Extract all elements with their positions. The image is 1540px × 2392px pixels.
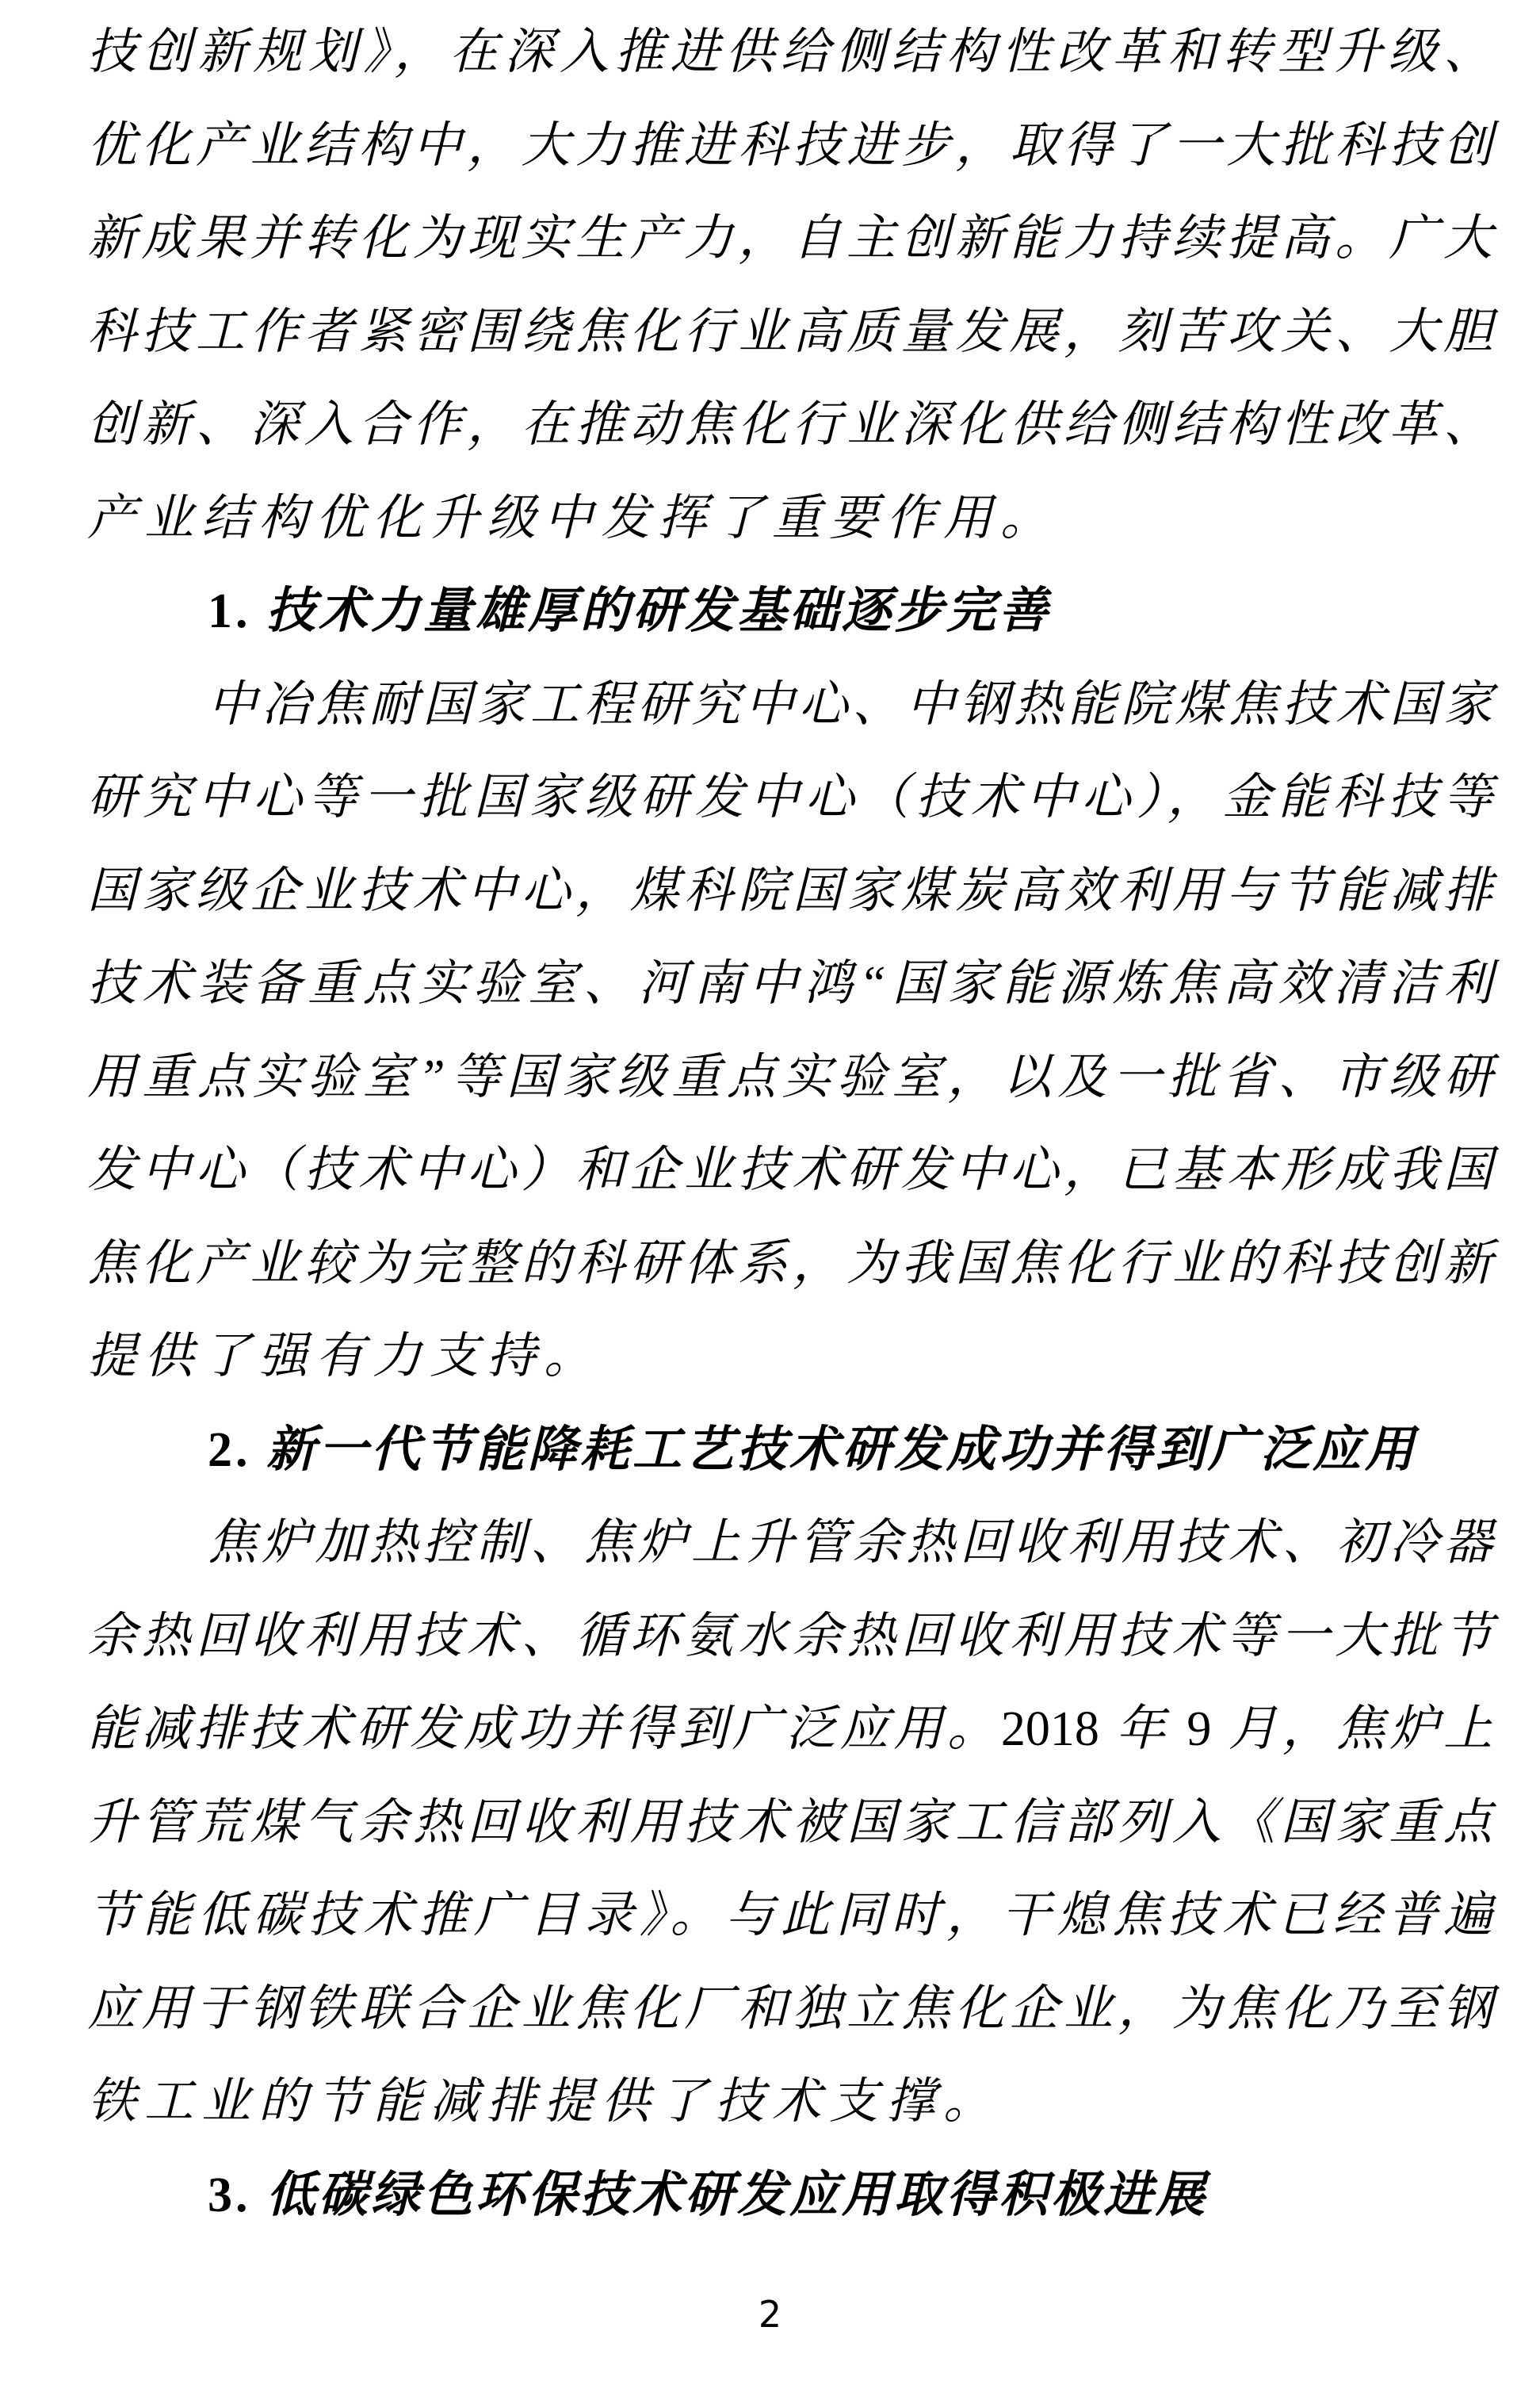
body-line: 中冶焦耐国家工程研究中心、中钢热能院煤焦技术国家 [87, 659, 1492, 752]
body-line: 产业结构优化升级中发挥了重要作用。 [87, 473, 1492, 566]
body-line: 余热回收利用技术、循环氨水余热回收利用技术等一大批节 [87, 1590, 1492, 1684]
body-line: 新成果并转化为现实生产力，自主创新能力持续提高。广大 [87, 193, 1492, 286]
body-line: 优化产业结构中，大力推进科技进步，取得了一大批科技创 [87, 100, 1492, 193]
body-line: 焦化产业较为完整的科研体系，为我国焦化行业的科技创新 [87, 1218, 1492, 1311]
latin-text-run: 2. [208, 1423, 266, 1477]
body-line: 创新、深入合作，在推动焦化行业深化供给侧结构性改革、 [87, 379, 1492, 473]
latin-text-run: 3. [208, 2168, 266, 2222]
body-line: 用重点实验室”等国家级重点实验室，以及一批省、市级研 [87, 1031, 1492, 1125]
section-heading: 2. 新一代节能降耗工艺技术研发成功并得到广泛应用 [87, 1404, 1492, 1498]
body-line: 研究中心等一批国家级研发中心（技术中心），金能科技等 [87, 752, 1492, 845]
section-heading: 3. 低碳绿色环保技术研发应用取得积极进展 [87, 2149, 1492, 2243]
page-number: 2 [0, 2294, 1540, 2334]
body-line: 能减排技术研发成功并得到广泛应用。2018 年 9 月，焦炉上 [87, 1683, 1492, 1777]
body-line: 科技工作者紧密围绕焦化行业高质量发展，刻苦攻关、大胆 [87, 286, 1492, 380]
body-line: 节能低碳技术推广目录》。与此同时，干熄焦技术已经普遍 [87, 1870, 1492, 1963]
section-heading: 1. 技术力量雄厚的研发基础逐步完善 [87, 565, 1492, 659]
body-line: 国家级企业技术中心，煤科院国家煤炭高效利用与节能减排 [87, 845, 1492, 939]
body-line: 技创新规划》，在深入推进供给侧结构性改革和转型升级、 [87, 6, 1492, 100]
body-line: 发中心（技术中心）和企业技术研发中心，已基本形成我国 [87, 1124, 1492, 1218]
body-line: 应用于钢铁联合企业焦化厂和独立焦化企业，为焦化乃至钢 [87, 1963, 1492, 2057]
body-line: 技术装备重点实验室、河南中鸿“国家能源炼焦高效清洁利 [87, 938, 1492, 1031]
body-line: 铁工业的节能减排提供了技术支撑。 [87, 2056, 1492, 2149]
body-line: 焦炉加热控制、焦炉上升管余热回收利用技术、初冷器 [87, 1497, 1492, 1590]
latin-text-run: 1. [208, 584, 266, 638]
text-block: 技创新规划》，在深入推进供给侧结构性改革和转型升级、优化产业结构中，大力推进科技… [87, 6, 1492, 2242]
latin-text-run: 2018 [1001, 1702, 1116, 1756]
document-page: 技创新规划》，在深入推进供给侧结构性改革和转型升级、优化产业结构中，大力推进科技… [0, 0, 1540, 2392]
body-line: 提供了强有力支持。 [87, 1311, 1492, 1404]
latin-text-run: 9 [1187, 1702, 1228, 1756]
body-line: 升管荒煤气余热回收利用技术被国家工信部列入《国家重点 [87, 1777, 1492, 1870]
